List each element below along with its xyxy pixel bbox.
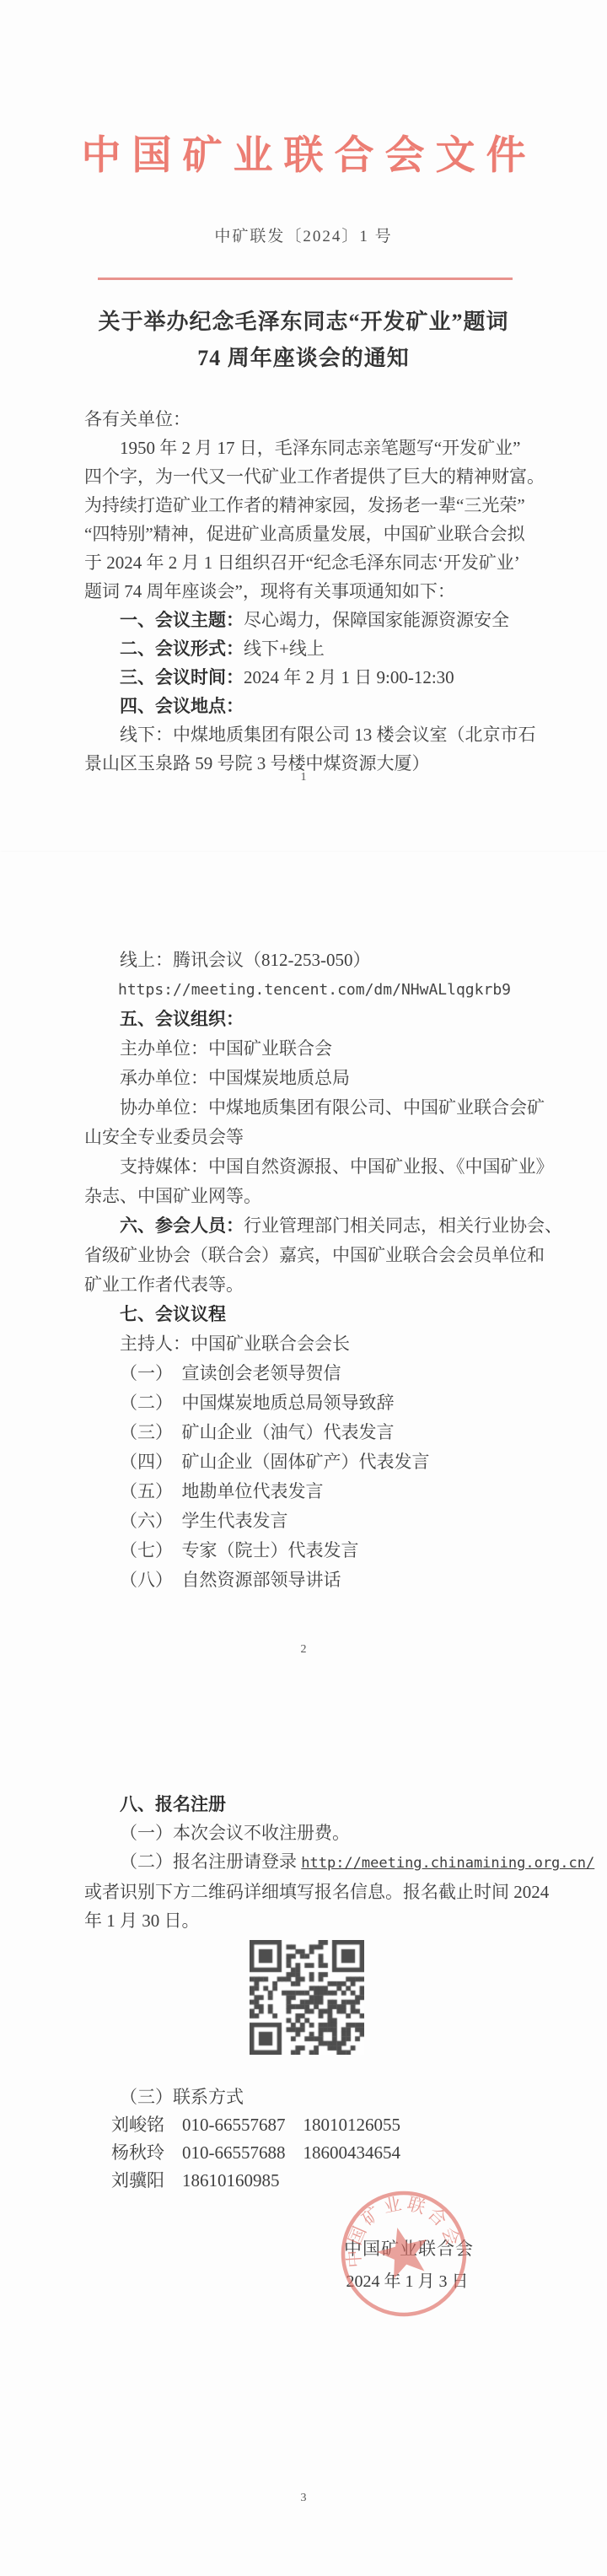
contact-section: （三）联系方式刘峻铭 010-66557687 18010126055杨秋玲 0… (84, 2083, 400, 2195)
text-line: （五） 地勘单位代表发言 (84, 1477, 607, 1506)
scanned-notice-document: { "colors": { "header_red": "#ec7d73", "… (0, 0, 607, 2576)
text-line: 年 1 月 30 日。 (84, 1906, 607, 1935)
text-line: https://meeting.tencent.com/dm/NHwALlqgk… (84, 975, 607, 1005)
document-title-line2: 74 周年座谈会的通知 (0, 340, 607, 376)
text-line: （六） 学生代表发言 (84, 1506, 607, 1536)
text-line: 杨秋玲 010-66557688 18600434654 (84, 2139, 400, 2167)
text-line: 承办单位：中国煤炭地质总局 (84, 1064, 607, 1093)
section-heading: 二、会议形式： (120, 639, 244, 659)
page-3: 八、报名注册（一）本次会议不收注册费。（二）报名注册请登录 http://mee… (0, 1721, 607, 2576)
text-line: 主办单位：中国矿业联合会 (84, 1034, 607, 1064)
text-line: 主持人：中国矿业联合会会长 (84, 1329, 607, 1359)
text-line: （八） 自然资源部领导讲话 (84, 1566, 607, 1595)
page-2: 线上：腾讯会议（812-253-050）https://meeting.tenc… (0, 852, 607, 1721)
section-heading: 六、参会人员： (120, 1215, 244, 1236)
text-line: 五、会议组织： (84, 1005, 607, 1034)
text-line: 六、参会人员：行业管理部门相关同志，相关行业协会、 (84, 1211, 607, 1241)
section-heading: 三、会议时间： (120, 667, 244, 687)
text-line: 七、会议议程 (84, 1300, 607, 1329)
registration-url: http://meeting.chinamining.org.cn/ (301, 1855, 594, 1872)
text-line: 刘骥阳 18610160985 (84, 2167, 400, 2195)
text-line: 一、会议主题：尽心竭力，保障国家能源资源安全 (84, 606, 607, 634)
text-line: 二、会议形式：线下+线上 (84, 634, 607, 663)
text-line: 题词 74 周年座谈会”，现将有关事项通知如下： (84, 577, 607, 606)
text-line: 四、会议地点： (84, 692, 607, 720)
body-text: 线上：腾讯会议（812-253-050）https://meeting.tenc… (0, 852, 607, 1595)
section-heading: 五、会议组织： (120, 1009, 244, 1029)
text-line: （二） 中国煤炭地质总局领导致辞 (84, 1388, 607, 1418)
page-number: 2 (0, 1643, 607, 1657)
document-title-line1: 关于举办纪念毛泽东同志“开发矿业”题词 (0, 304, 607, 340)
text-line: 线下：中煤地质集团有限公司 13 楼会议室（北京市石 (84, 720, 607, 749)
text-line: 三、会议时间：2024 年 2 月 1 日 9:00-12:30 (84, 663, 607, 692)
text-line: 刘峻铭 010-66557687 18010126055 (84, 2111, 400, 2139)
text-line: 省级矿业协会（联合会）嘉宾，中国矿业联合会会员单位和 (84, 1241, 607, 1270)
text-line: 杂志、中国矿业网等。 (84, 1182, 607, 1211)
text-line: 于 2024 年 2 月 1 日组织召开“纪念毛泽东同志‘开发矿业’ (84, 548, 607, 577)
text-line: （二）报名注册请登录 http://meeting.chinamining.or… (84, 1847, 607, 1878)
text-line: （一）本次会议不收注册费。 (84, 1819, 607, 1847)
registration-section: 八、报名注册（一）本次会议不收注册费。（二）报名注册请登录 http://mee… (0, 1721, 607, 1935)
text-line: 或者识别下方二维码详细填写报名信息。报名截止时间 2024 (84, 1878, 607, 1906)
document-number: 中矿联发〔2024〕1 号 (0, 226, 607, 248)
text-line: 四个字，为一代又一代矿业工作者提供了巨大的精神财富。 (84, 462, 607, 491)
text-line: 支持媒体：中国自然资源报、中国矿业报、《中国矿业》 (84, 1152, 607, 1182)
text-line: 协办单位：中煤地质集团有限公司、中国矿业联合会矿 (84, 1093, 607, 1123)
section-heading: 七、会议议程 (120, 1304, 226, 1324)
text-line: 矿业工作者代表等。 (84, 1270, 607, 1300)
text-line: 各有关单位： (84, 405, 607, 434)
section-heading: 八、报名注册 (120, 1794, 226, 1814)
text-line: （三）联系方式 (84, 2083, 400, 2111)
text-line: （七） 专家（院士）代表发言 (84, 1536, 607, 1566)
text-line: 1950 年 2 月 17 日，毛泽东同志亲笔题写“开发矿业” (84, 434, 607, 462)
section-heading: 一、会议主题： (120, 610, 244, 630)
text-line: 为持续打造矿业工作者的精神家园，发扬老一辈“三光荣” (84, 491, 607, 520)
page-number: 3 (0, 2492, 607, 2505)
text-line: 八、报名注册 (84, 1790, 607, 1819)
body-text: 各有关单位：1950 年 2 月 17 日，毛泽东同志亲笔题写“开发矿业”四个字… (0, 405, 607, 778)
section-heading: 四、会议地点： (120, 696, 244, 716)
page-number: 1 (0, 771, 607, 784)
seal-star-icon (373, 2222, 434, 2282)
text-line: （一） 宣读创会老领导贺信 (84, 1359, 607, 1388)
registration-qr-code (250, 1940, 364, 2055)
org-document-header: 中国矿业联合会文件 (0, 132, 607, 181)
text-line: 山安全专业委员会等 (84, 1123, 607, 1152)
text-line: 线上：腾讯会议（812-253-050） (84, 946, 607, 975)
page-1: 中国矿业联合会文件 中矿联发〔2024〕1 号 关于举办纪念毛泽东同志“开发矿业… (0, 0, 607, 852)
document-title: 关于举办纪念毛泽东同志“开发矿业”题词 74 周年座谈会的通知 (0, 304, 607, 376)
red-divider (98, 278, 513, 280)
text-line: “四特别”精神，促进矿业高质量发展，中国矿业联合会拟 (84, 520, 607, 548)
text-line: （三） 矿山企业（油气）代表发言 (84, 1418, 607, 1447)
text-line: （四） 矿山企业（固体矿产）代表发言 (84, 1447, 607, 1477)
